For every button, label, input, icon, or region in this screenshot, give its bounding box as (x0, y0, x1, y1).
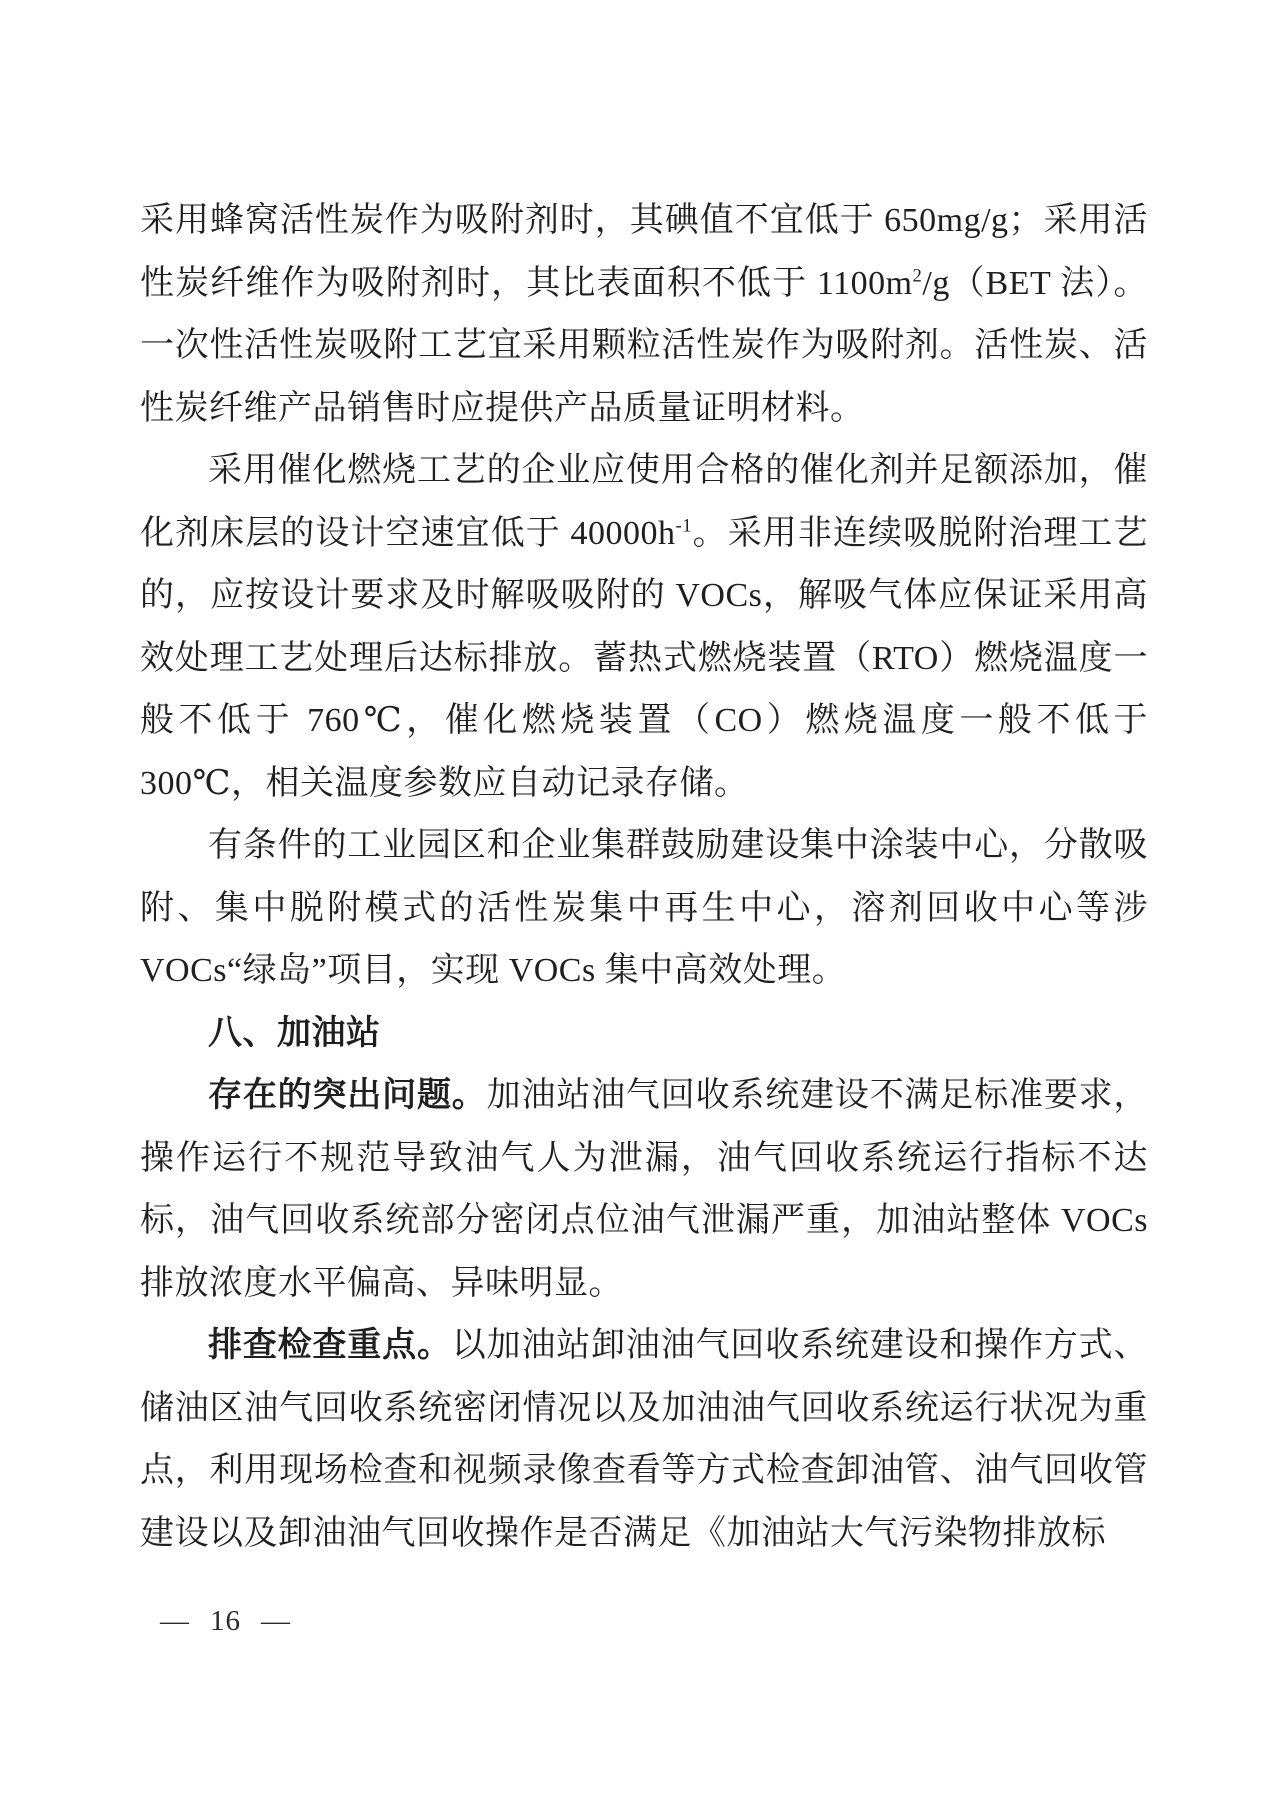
paragraph-inspection-focus: 排查检查重点。以加油站卸油油气回收系统建设和操作方式、储油区油气回收系统密闭情况… (140, 1315, 1148, 1565)
paragraph-catalytic-combustion: 采用催化燃烧工艺的企业应使用合格的催化剂并足额添加，催化剂床层的设计空速宜低于 … (140, 440, 1148, 815)
paragraph-outstanding-problems: 存在的突出问题。加油站油气回收系统建设不满足标准要求，操作运行不规范导致油气人为… (140, 1065, 1148, 1315)
heading-section-eight-gas-station: 八、加油站 (140, 1003, 1148, 1066)
document-page: 采用蜂窝活性炭作为吸附剂时，其碘值不宜低于 650mg/g；采用活性炭纤维作为吸… (0, 0, 1280, 1810)
superscript-text: 2 (913, 265, 923, 286)
bold-text-run: 存在的突出问题。 (208, 1077, 487, 1114)
bold-text-run: 八、加油站 (208, 1015, 381, 1052)
document-body: 采用蜂窝活性炭作为吸附剂时，其碘值不宜低于 650mg/g；采用活性炭纤维作为吸… (140, 190, 1148, 1565)
page-number: 16 (210, 1605, 241, 1638)
text-run: 有条件的工业园区和企业集群鼓励建设集中涂装中心，分散吸附、集中脱附模式的活性炭集… (140, 827, 1148, 989)
footer-left-dash: — (160, 1605, 190, 1638)
superscript-text: -1 (675, 515, 692, 536)
text-run: 。采用非连续吸脱附治理工艺的，应按设计要求及时解吸吸附的 VOCs，解吸气体应保… (140, 515, 1148, 802)
bold-text-run: 排查检查重点。 (208, 1327, 452, 1364)
footer-right-dash: — (261, 1605, 291, 1638)
paragraph-green-island: 有条件的工业园区和企业集群鼓励建设集中涂装中心，分散吸附、集中脱附模式的活性炭集… (140, 815, 1148, 1003)
paragraph-activated-carbon-requirements: 采用蜂窝活性炭作为吸附剂时，其碘值不宜低于 650mg/g；采用活性炭纤维作为吸… (140, 190, 1148, 440)
page-footer: — 16 — (160, 1605, 291, 1638)
